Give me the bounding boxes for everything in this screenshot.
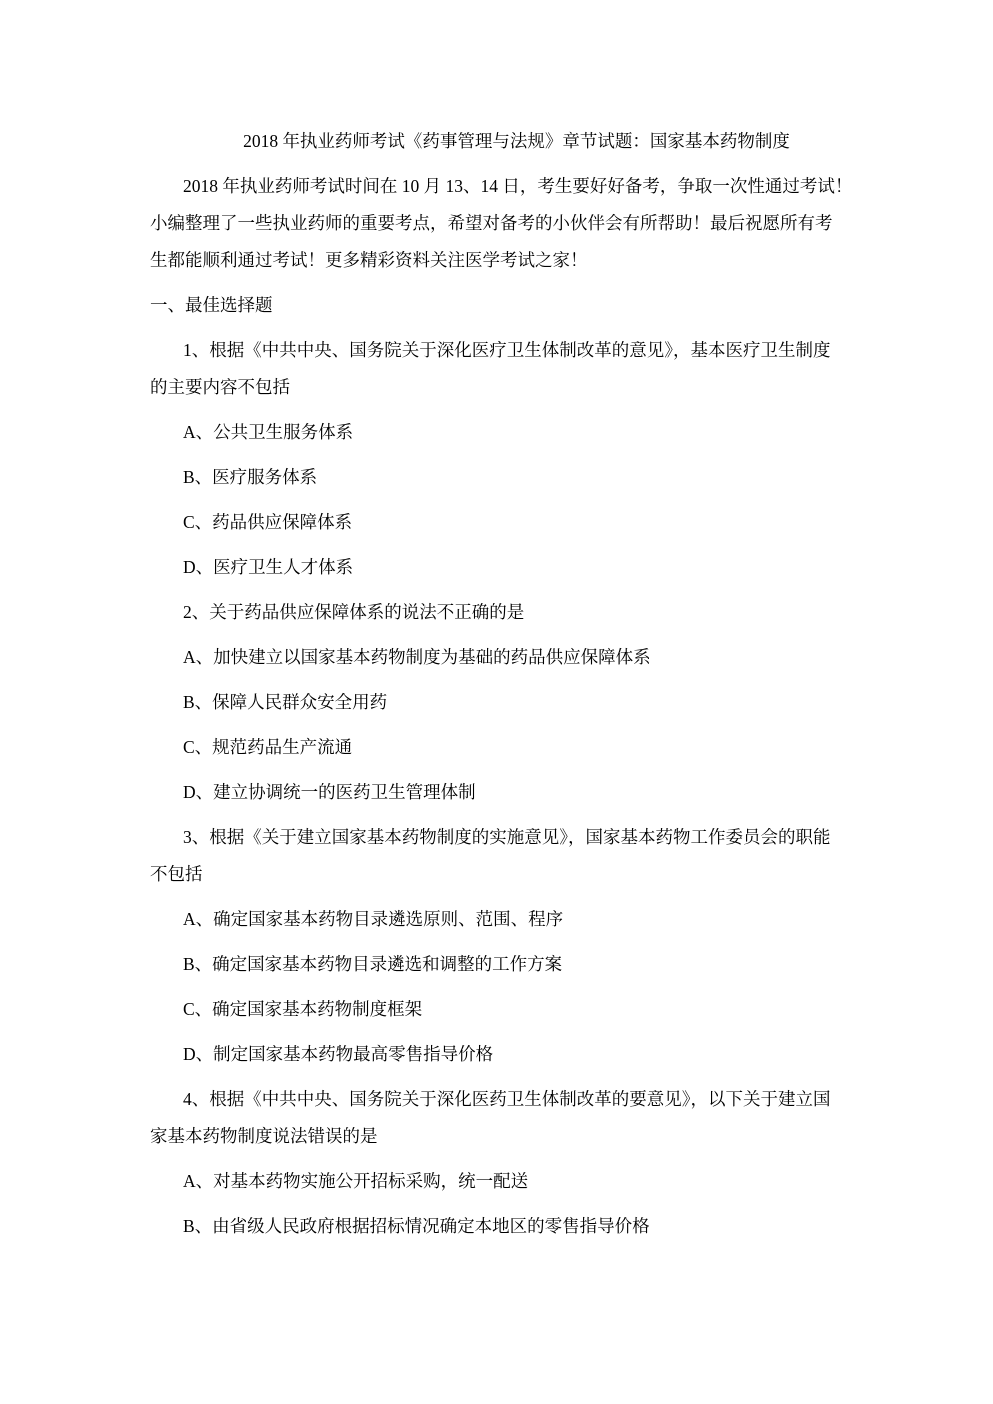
option-a: A、对基本药物实施公开招标采购，统一配送 bbox=[150, 1163, 850, 1200]
option-line: B、医疗服务体系 bbox=[150, 459, 850, 496]
option-b: B、保障人民群众安全用药 bbox=[150, 684, 850, 721]
option-b: B、由省级人民政府根据招标情况确定本地区的零售指导价格 bbox=[150, 1208, 850, 1245]
option-line: C、规范药品生产流通 bbox=[150, 729, 850, 766]
question-stem: 1、根据《中共中央、国务院关于深化医疗卫生体制改革的意见》，基本医疗卫生制度 的… bbox=[150, 332, 850, 406]
option-d: D、医疗卫生人才体系 bbox=[150, 549, 850, 586]
question-stem-line: 家基本药物制度说法错误的是 bbox=[150, 1118, 850, 1155]
section-heading: 一、最佳选择题 bbox=[150, 287, 850, 324]
option-d: D、建立协调统一的医药卫生管理体制 bbox=[150, 774, 850, 811]
option-a: A、公共卫生服务体系 bbox=[150, 414, 850, 451]
option-line: A、确定国家基本药物目录遴选原则、范围、程序 bbox=[150, 901, 850, 938]
option-line: B、保障人民群众安全用药 bbox=[150, 684, 850, 721]
intro-line: 2018 年执业药师考试时间在 10 月 13、14 日，考生要好好备考，争取一… bbox=[150, 168, 850, 205]
option-line: D、制定国家基本药物最高零售指导价格 bbox=[150, 1036, 850, 1073]
question-stem: 2、关于药品供应保障体系的说法不正确的是 bbox=[150, 594, 850, 631]
question-stem-line: 的主要内容不包括 bbox=[150, 369, 850, 406]
option-line: C、药品供应保障体系 bbox=[150, 504, 850, 541]
option-line: A、对基本药物实施公开招标采购，统一配送 bbox=[150, 1163, 850, 1200]
option-b: B、确定国家基本药物目录遴选和调整的工作方案 bbox=[150, 946, 850, 983]
option-a: A、加快建立以国家基本药物制度为基础的药品供应保障体系 bbox=[150, 639, 850, 676]
option-c: C、确定国家基本药物制度框架 bbox=[150, 991, 850, 1028]
option-line: C、确定国家基本药物制度框架 bbox=[150, 991, 850, 1028]
question-stem-line: 2、关于药品供应保障体系的说法不正确的是 bbox=[150, 594, 850, 631]
option-line: D、建立协调统一的医药卫生管理体制 bbox=[150, 774, 850, 811]
option-line: A、加快建立以国家基本药物制度为基础的药品供应保障体系 bbox=[150, 639, 850, 676]
option-c: C、药品供应保障体系 bbox=[150, 504, 850, 541]
section-heading-label: 一、最佳选择题 bbox=[150, 287, 850, 324]
question-stem-line: 不包括 bbox=[150, 856, 850, 893]
option-c: C、规范药品生产流通 bbox=[150, 729, 850, 766]
question-stem-line: 4、根据《中共中央、国务院关于深化医药卫生体制改革的要意见》，以下关于建立国 bbox=[150, 1081, 850, 1118]
option-line: B、确定国家基本药物目录遴选和调整的工作方案 bbox=[150, 946, 850, 983]
question-stem: 4、根据《中共中央、国务院关于深化医药卫生体制改革的要意见》，以下关于建立国 家… bbox=[150, 1081, 850, 1155]
question-stem-line: 3、根据《关于建立国家基本药物制度的实施意见》，国家基本药物工作委员会的职能 bbox=[150, 819, 850, 856]
option-line: D、医疗卫生人才体系 bbox=[150, 549, 850, 586]
question-stem: 3、根据《关于建立国家基本药物制度的实施意见》，国家基本药物工作委员会的职能 不… bbox=[150, 819, 850, 893]
option-b: B、医疗服务体系 bbox=[150, 459, 850, 496]
intro-line: 生都能顺利通过考试！更多精彩资料关注医学考试之家！ bbox=[150, 242, 850, 279]
intro-paragraph: 2018 年执业药师考试时间在 10 月 13、14 日，考生要好好备考，争取一… bbox=[150, 168, 850, 279]
document-content: 2018 年执业药师考试《药事管理与法规》章节试题：国家基本药物制度 2018 … bbox=[150, 123, 850, 1253]
option-line: A、公共卫生服务体系 bbox=[150, 414, 850, 451]
intro-line: 小编整理了一些执业药师的重要考点，希望对备考的小伙伴会有所帮助！最后祝愿所有考 bbox=[150, 205, 850, 242]
document-title: 2018 年执业药师考试《药事管理与法规》章节试题：国家基本药物制度 bbox=[150, 123, 850, 160]
question-stem-line: 1、根据《中共中央、国务院关于深化医疗卫生体制改革的意见》，基本医疗卫生制度 bbox=[150, 332, 850, 369]
document-page: 2018 年执业药师考试《药事管理与法规》章节试题：国家基本药物制度 2018 … bbox=[0, 0, 993, 1404]
option-line: B、由省级人民政府根据招标情况确定本地区的零售指导价格 bbox=[150, 1208, 850, 1245]
option-a: A、确定国家基本药物目录遴选原则、范围、程序 bbox=[150, 901, 850, 938]
option-d: D、制定国家基本药物最高零售指导价格 bbox=[150, 1036, 850, 1073]
